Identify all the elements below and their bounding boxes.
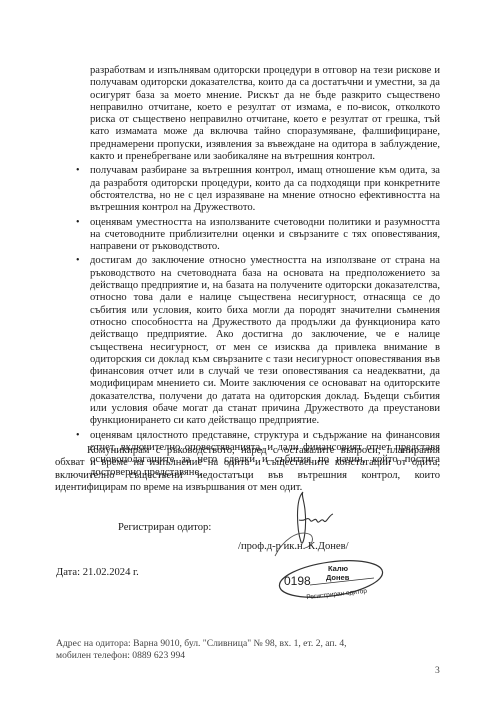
stamp-number: 0198 (284, 574, 311, 588)
document-page: разработвам и изпълнявам одиторски проце… (0, 0, 500, 706)
bullet-icon: • (76, 217, 80, 229)
footer-phone: мобилен телефон: 0889 623 994 (56, 650, 347, 662)
stamp-caption: Регистриран одитор (306, 588, 368, 600)
list-item-text: оценявам уместността на използваните сче… (90, 217, 440, 253)
bullet-icon: • (76, 165, 80, 177)
stamp-name-line2: Донев (326, 573, 350, 582)
bullet-icon: • (76, 255, 80, 267)
list-item: • получавам разбиране за вътрешния контр… (90, 165, 440, 214)
auditor-stamp-icon: 0198 Калю Донев Регистриран одитор (276, 558, 386, 600)
footer-address: Адрес на одитора: Варна 9010, бул. "Слив… (56, 638, 347, 650)
continuation-paragraph: разработвам и изпълнявам одиторски проце… (90, 65, 440, 163)
procedure-list: • получавам разбиране за вътрешния контр… (90, 165, 440, 478)
auditor-name: /проф.д-р ик.н. К.Донев/ (238, 541, 349, 552)
closing-paragraph: Комуникирам с ръководството, наред с ост… (55, 445, 440, 494)
document-date: Дата: 21.02.2024 г. (56, 567, 139, 578)
page-number: 3 (435, 665, 440, 676)
list-item-text: получавам разбиране за вътрешния контрол… (90, 165, 440, 213)
list-item: • оценявам уместността на използваните с… (90, 217, 440, 254)
list-item: • достигам до заключение относно уместно… (90, 255, 440, 427)
bullet-icon: • (76, 430, 80, 442)
auditor-label: Регистриран одитор: (118, 522, 211, 533)
stamp-name-line1: Калю (328, 564, 349, 573)
footer: Адрес на одитора: Варна 9010, бул. "Слив… (56, 638, 347, 661)
list-item-text: достигам до заключение относно уместност… (90, 255, 440, 426)
body-text: разработвам и изпълнявам одиторски проце… (90, 65, 440, 479)
